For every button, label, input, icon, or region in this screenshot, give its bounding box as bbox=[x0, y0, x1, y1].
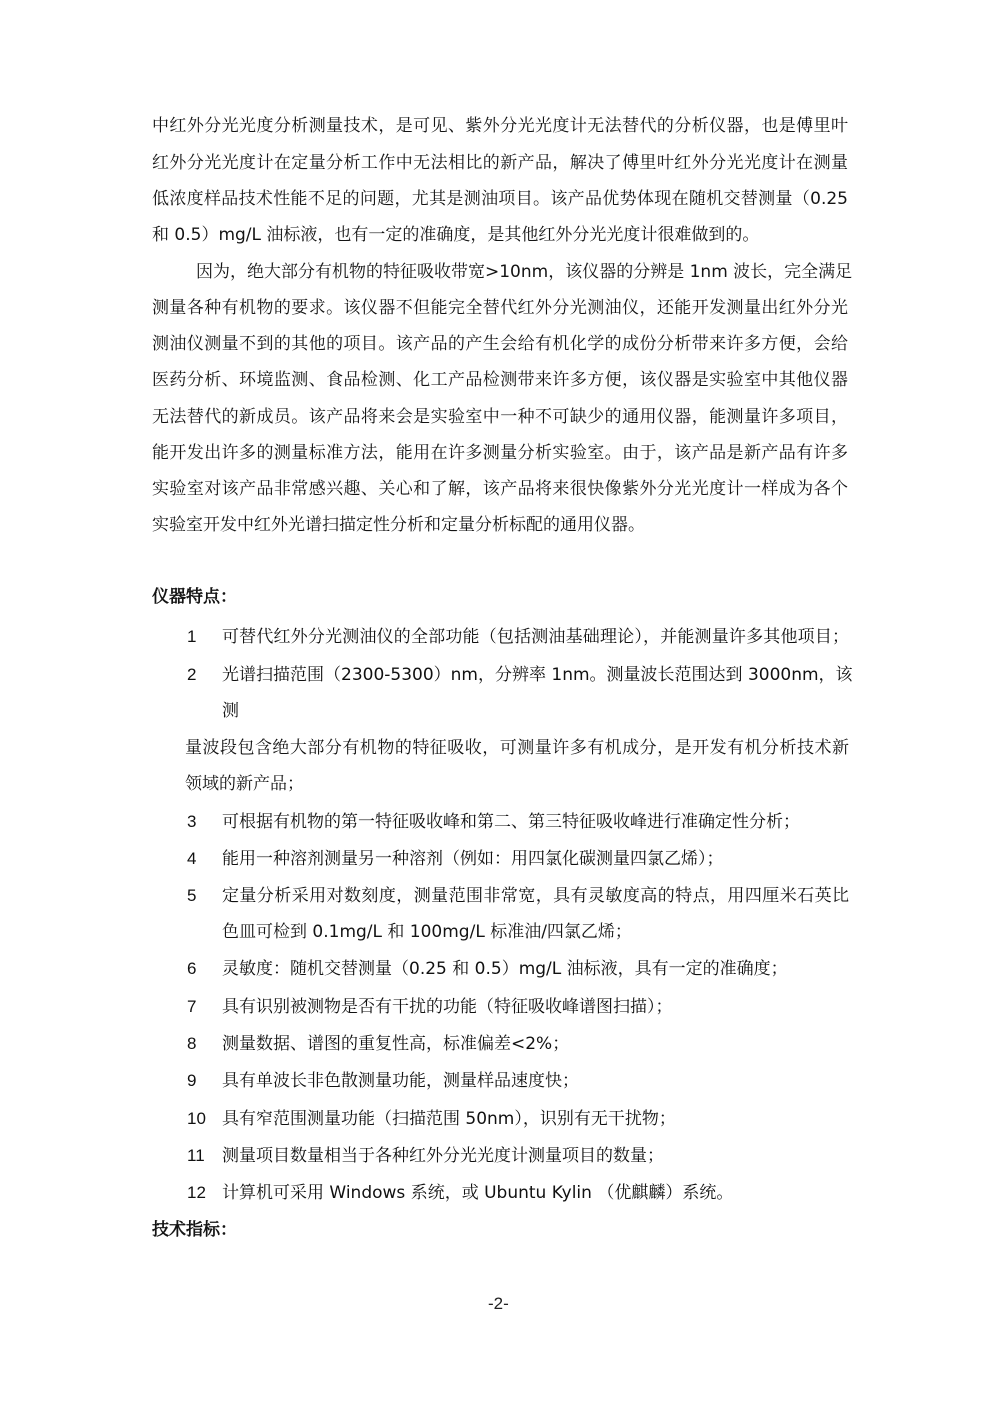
feature-number: 6 bbox=[187, 958, 196, 980]
feature-number: 8 bbox=[187, 1033, 196, 1055]
feature-text: 计算机可采用 Windows 系统，或 Ubuntu Kylin （优麒麟）系统… bbox=[222, 1182, 733, 1204]
paragraph-line: 能开发出许多的测量标准方法，能用在许多测量分析实验室。由于，该产品是新产品有许多 bbox=[152, 442, 848, 464]
feature-text: 可替代红外分光测油仪的全部功能（包括测油基础理论），并能测量许多其他项目； bbox=[222, 626, 849, 648]
paragraph-line: 低浓度样品技术性能不足的问题，尤其是测油项目。该产品优势体现在随机交替测量（0.… bbox=[152, 188, 848, 210]
feature-item: 3 可根据有机物的第一特征吸收峰和第二、第三特征吸收峰进行准确定性分析； bbox=[187, 811, 849, 833]
page-number: -2- bbox=[488, 1294, 509, 1314]
feature-continuation: 领域的新产品； bbox=[185, 773, 304, 795]
paragraph-line: 医药分析、环境监测、食品检测、化工产品检测带来许多方便，该仪器是实验室中其他仪器 bbox=[152, 369, 848, 391]
feature-number: 4 bbox=[187, 848, 196, 870]
paragraph-line: 测量各种有机物的要求。该仪器不但能完全替代红外分光测油仪，还能开发测量出红外分光 bbox=[152, 297, 848, 319]
features-heading: 仪器特点： bbox=[152, 586, 237, 608]
feature-number: 2 bbox=[187, 664, 196, 686]
paragraph-line: 实验室开发中红外光谱扫描定性分析和定量分析标配的通用仪器。 bbox=[152, 514, 645, 536]
feature-number: 10 bbox=[187, 1108, 206, 1130]
feature-continuation: 色皿可检到 0.1mg/L 和 100mg/L 标准油/四氯乙烯； bbox=[222, 921, 632, 943]
feature-item: 5 定量分析采用对数刻度，测量范围非常宽，具有灵敏度高的特点，用四厘米石英比 bbox=[187, 885, 849, 907]
feature-continuation: 测 bbox=[222, 700, 239, 722]
feature-item: 2 光谱扫描范围（2300-5300）nm，分辨率 1nm。测量波长范围达到 3… bbox=[187, 664, 849, 686]
specs-heading: 技术指标： bbox=[152, 1219, 237, 1241]
feature-text: 测量项目数量相当于各种红外分光光度计测量项目的数量； bbox=[222, 1145, 664, 1167]
feature-text: 测量数据、谱图的重复性高，标准偏差<2%； bbox=[222, 1033, 569, 1055]
feature-item: 6 灵敏度：随机交替测量（0.25 和 0.5）mg/L 油标液，具有一定的准确… bbox=[187, 958, 849, 980]
paragraph-line: 因为，绝大部分有机物的特征吸收带宽>10nm，该仪器的分辨是 1nm 波长，完全… bbox=[196, 261, 848, 283]
feature-text: 灵敏度：随机交替测量（0.25 和 0.5）mg/L 油标液，具有一定的准确度； bbox=[222, 958, 788, 980]
feature-number: 1 bbox=[187, 626, 196, 648]
feature-number: 9 bbox=[187, 1070, 196, 1092]
feature-item: 10 具有窄范围测量功能（扫描范围 50nm），识别有无干扰物； bbox=[187, 1108, 849, 1130]
feature-item: 8 测量数据、谱图的重复性高，标准偏差<2%； bbox=[187, 1033, 849, 1055]
feature-text: 可根据有机物的第一特征吸收峰和第二、第三特征吸收峰进行准确定性分析； bbox=[222, 811, 800, 833]
feature-text: 定量分析采用对数刻度，测量范围非常宽，具有灵敏度高的特点，用四厘米石英比 bbox=[222, 885, 849, 907]
feature-text: 光谱扫描范围（2300-5300）nm，分辨率 1nm。测量波长范围达到 300… bbox=[222, 664, 849, 686]
feature-number: 5 bbox=[187, 885, 196, 907]
paragraph-line: 和 0.5）mg/L 油标液，也有一定的准确度，是其他红外分光光度计很难做到的。 bbox=[152, 224, 759, 246]
feature-item: 11 测量项目数量相当于各种红外分光光度计测量项目的数量； bbox=[187, 1145, 849, 1167]
feature-continuation: 量波段包含绝大部分有机物的特征吸收，可测量许多有机成分，是开发有机分析技术新 bbox=[185, 737, 849, 759]
feature-number: 3 bbox=[187, 811, 196, 833]
feature-text: 能用一种溶剂测量另一种溶剂（例如：用四氯化碳测量四氯乙烯）； bbox=[222, 848, 724, 870]
feature-number: 12 bbox=[187, 1182, 206, 1204]
feature-text: 具有识别被测物是否有干扰的功能（特征吸收峰谱图扫描）； bbox=[222, 996, 673, 1018]
paragraph-line: 实验室对该产品非常感兴趣、关心和了解，该产品将来很快像紫外分光光度计一样成为各个 bbox=[152, 478, 848, 500]
feature-item: 4 能用一种溶剂测量另一种溶剂（例如：用四氯化碳测量四氯乙烯）； bbox=[187, 848, 849, 870]
paragraph-line: 测油仪测量不到的其他的项目。该产品的产生会给有机化学的成份分析带来许多方便，会给 bbox=[152, 333, 848, 355]
paragraph-line: 无法替代的新成员。该产品将来会是实验室中一种不可缺少的通用仪器，能测量许多项目， bbox=[152, 406, 848, 428]
paragraph-line: 红外分光光度计在定量分析工作中无法相比的新产品，解决了傅里叶红外分光光度计在测量 bbox=[152, 152, 848, 174]
feature-text: 具有窄范围测量功能（扫描范围 50nm），识别有无干扰物； bbox=[222, 1108, 676, 1130]
feature-text: 具有单波长非色散测量功能，测量样品速度快； bbox=[222, 1070, 579, 1092]
feature-number: 11 bbox=[187, 1145, 205, 1167]
feature-item: 7 具有识别被测物是否有干扰的功能（特征吸收峰谱图扫描）； bbox=[187, 996, 849, 1018]
feature-number: 7 bbox=[187, 996, 196, 1018]
paragraph-line: 中红外分光光度分析测量技术，是可见、紫外分光光度计无法替代的分析仪器，也是傅里叶 bbox=[152, 115, 848, 137]
feature-item: 12 计算机可采用 Windows 系统，或 Ubuntu Kylin （优麒麟… bbox=[187, 1182, 849, 1204]
document-page: 中红外分光光度分析测量技术，是可见、紫外分光光度计无法替代的分析仪器，也是傅里叶… bbox=[0, 0, 1000, 1414]
feature-item: 9 具有单波长非色散测量功能，测量样品速度快； bbox=[187, 1070, 849, 1092]
feature-item: 1 可替代红外分光测油仪的全部功能（包括测油基础理论），并能测量许多其他项目； bbox=[187, 626, 849, 648]
